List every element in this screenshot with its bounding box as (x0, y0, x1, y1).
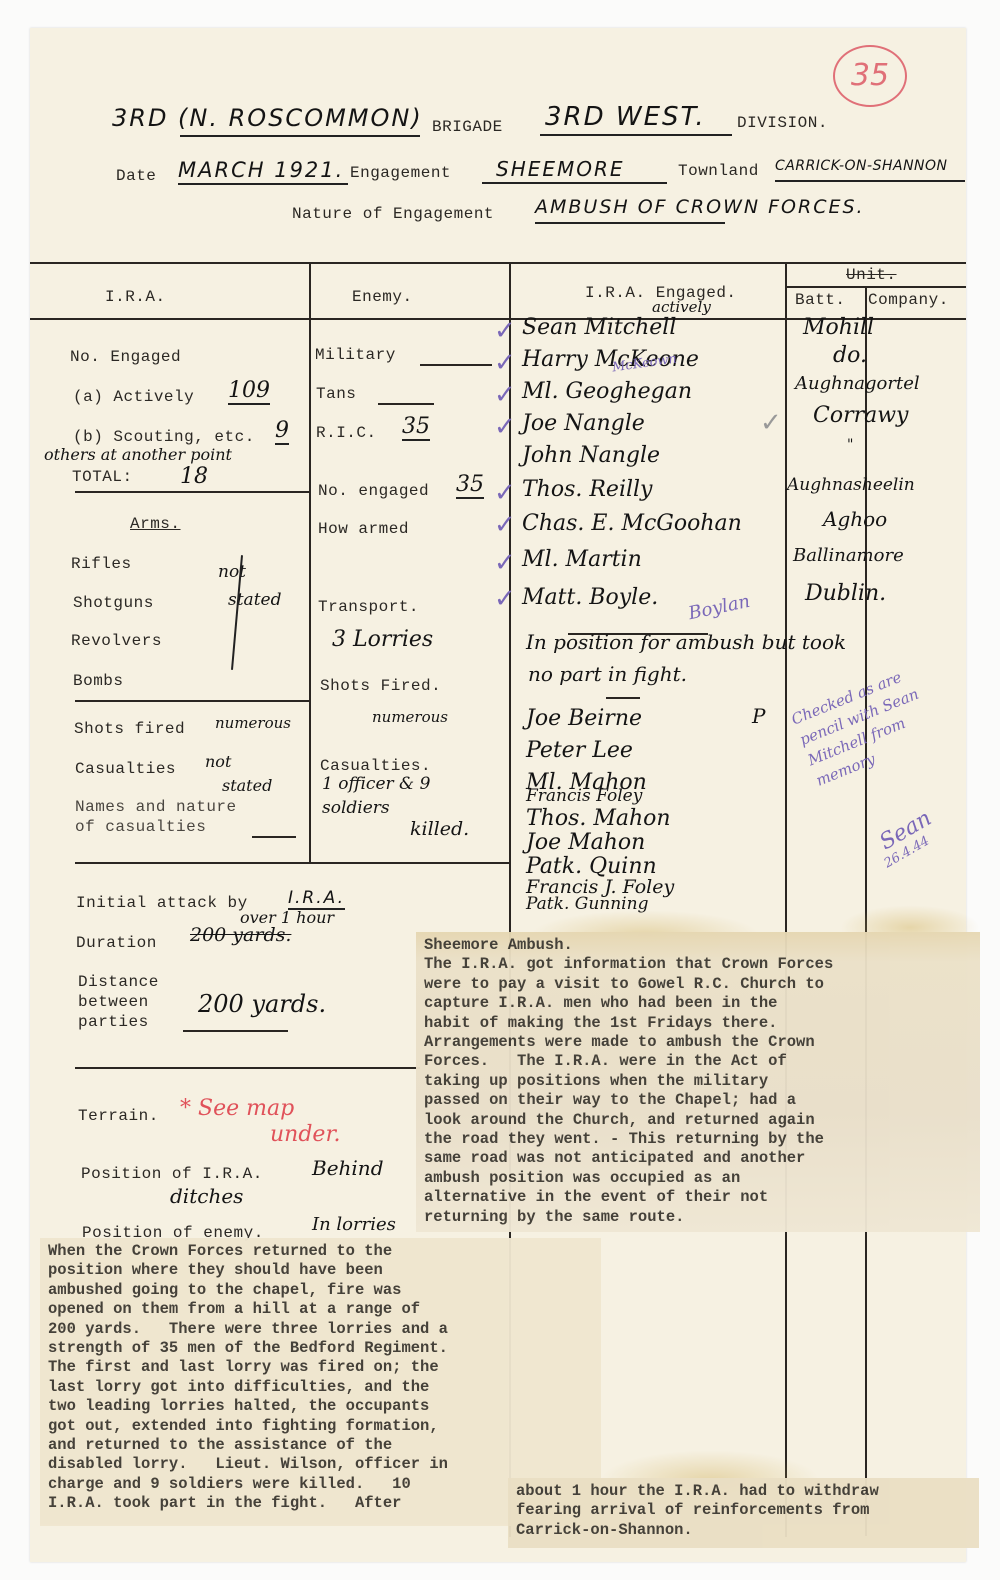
ira-bombs-label: Bombs (73, 672, 124, 690)
initial-attack-value: I.R.A. (288, 888, 345, 910)
ira-actively-label: (a) Actively (73, 388, 194, 406)
check-mark-icon: ✓ (494, 478, 516, 508)
brigade-underline (180, 135, 420, 137)
ira-rifles-label: Rifles (71, 555, 132, 573)
details-rule (75, 1067, 420, 1069)
table-body-rule (75, 862, 510, 864)
no-part-note-1: In position for ambush but took (526, 630, 846, 654)
initial-attack-label: Initial attack by (76, 894, 248, 912)
townland-underline (775, 180, 965, 182)
ira-shotguns-label: Shotguns (73, 594, 154, 612)
distance-label-3: parties (78, 1013, 149, 1031)
col-divider-engaged-batt (785, 262, 787, 1537)
duration-label: Duration (76, 934, 157, 952)
enemy-shots-fired-label: Shots Fired. (320, 677, 441, 695)
enemy-no-engaged-value: 35 (456, 472, 484, 499)
ira-scouting-note: others at another point (44, 445, 232, 464)
townland-label: Townland (678, 162, 759, 180)
position-ira-label: Position of I.R.A. (81, 1165, 263, 1183)
unit-subheader-rule (786, 286, 966, 288)
enemy-tans-label: Tans (316, 385, 356, 403)
distance-label-1: Distance (78, 973, 159, 991)
nature-underline (535, 222, 725, 224)
ira-total-value: 18 (180, 464, 208, 489)
enemy-tans-blank (378, 403, 434, 405)
no-part-name: Joe Beirne (526, 706, 642, 731)
division-value: 3RD WEST. (545, 102, 706, 132)
batt-entry: do. (833, 343, 867, 368)
ira-actively-value: 109 (228, 378, 270, 405)
ira-names-label-1: Names and nature (75, 798, 237, 816)
distance-underline (183, 1030, 288, 1032)
distance-label-2: between (78, 993, 149, 1011)
enemy-ric-value: 35 (402, 414, 430, 441)
ira-scouting-value: 9 (275, 418, 289, 445)
batt-entry: Aughnagortel (795, 373, 920, 394)
enemy-casualties-value-1: 1 officer & 9 (322, 774, 430, 794)
page-number-stamp: 35 (833, 45, 907, 107)
check-mark-icon: ✓ (494, 584, 516, 614)
check-mark-icon: ✓ (494, 348, 516, 378)
table-top-rule (30, 262, 966, 264)
ira-arms-rule (75, 700, 309, 702)
distance-value: 200 yards. (198, 990, 326, 1018)
typed-slip-sheemore-ambush: Sheemore Ambush. The I.R.A. got informat… (416, 932, 980, 1232)
p-mark: P (752, 704, 765, 728)
division-label: DIVISION. (737, 114, 828, 132)
ira-arms-note-1: not (218, 562, 246, 582)
terrain-label: Terrain. (78, 1107, 159, 1125)
enemy-no-engaged-label: No. engaged (318, 482, 429, 500)
batt-entry: Ballinamore (793, 545, 904, 566)
check-mark-icon: ✓ (494, 316, 516, 346)
enemy-ric-label: R.I.C. (316, 424, 377, 442)
no-part-name: Thos. Mahon (526, 806, 671, 831)
ira-casualties-value-2: stated (222, 776, 272, 795)
ira-names-blank (252, 836, 296, 838)
batt-entry: " (847, 437, 853, 453)
typed-slip-withdrawal: about 1 hour the I.R.A. had to withdraw … (508, 1478, 979, 1548)
townland-value: CARRICK-ON-SHANNON (775, 158, 948, 174)
check-mark-icon: ✓ (494, 510, 516, 540)
date-label: Date (116, 167, 156, 185)
enemy-how-armed-label: How armed (318, 520, 409, 538)
engaged-name: Joe Nangle (522, 411, 645, 436)
enemy-military-label: Military (315, 346, 396, 364)
engaged-name: Chas. E. McGoohan (522, 511, 742, 536)
ira-names-label-2: of casualties (75, 818, 206, 836)
duration-value: over 1 hour (240, 908, 334, 927)
ira-shots-fired-value: numerous (215, 714, 291, 732)
enemy-casualties-value-2: soldiers (322, 798, 390, 818)
ira-total-label: TOTAL: (72, 468, 133, 486)
ira-shots-fired-label: Shots fired (74, 720, 185, 738)
no-part-note-2: no part in fight. (528, 662, 687, 686)
batt-entry: Dublin. (805, 581, 886, 606)
engagement-underline (482, 182, 667, 184)
terrain-value-2: under. (270, 1122, 341, 1147)
engagement-label: Engagement (350, 164, 451, 182)
check-mark-icon: ✓ (494, 380, 516, 410)
division-underline (540, 134, 732, 136)
header-batt: Batt. (795, 291, 846, 309)
position-ira-value-1: Behind (312, 1156, 384, 1180)
batt-entry: Mohill (803, 315, 874, 340)
engaged-name: Ml. Geoghegan (522, 379, 692, 404)
ira-arms-label: Arms. (130, 515, 181, 533)
header-company: Company. (868, 291, 949, 309)
ira-casualties-label: Casualties (75, 760, 176, 778)
engaged-name: John Nangle (522, 443, 660, 468)
nature-value: AMBUSH OF CROWN FORCES. (535, 196, 865, 218)
header-unit: Unit. (846, 266, 897, 284)
check-mark-icon: ✓ (760, 408, 782, 438)
ira-total-rule (75, 491, 309, 493)
nature-label: Nature of Engagement (292, 205, 494, 223)
batt-entry: Aghoo (823, 507, 887, 531)
ira-scouting-label: (b) Scouting, etc. (73, 428, 255, 446)
list-separator (606, 697, 640, 699)
batt-entry: Aughnasheelin (787, 475, 915, 495)
brigade-label: BRIGADE (432, 118, 503, 136)
header-ira: I.R.A. (105, 288, 166, 306)
header-ira-engaged-note: actively (652, 298, 711, 316)
col-divider-ira-enemy (309, 262, 311, 862)
engagement-value: SHEEMORE (496, 157, 625, 181)
enemy-shots-fired-value: numerous (372, 708, 448, 726)
position-ira-value-2: ditches (170, 1184, 243, 1208)
header-enemy: Enemy. (352, 288, 413, 306)
enemy-casualties-value-3: killed. (410, 818, 469, 840)
terrain-value-1: * See map (180, 1096, 294, 1121)
date-underline (178, 183, 348, 185)
date-value: MARCH 1921. (178, 158, 344, 182)
engaged-name: Matt. Boyle. (522, 585, 658, 610)
check-mark-icon: ✓ (494, 412, 516, 442)
no-part-name: Joe Mahon (526, 830, 645, 855)
ira-no-engaged-label: No. Engaged (70, 348, 181, 366)
ira-revolvers-label: Revolvers (71, 632, 162, 650)
brigade-value: 3RD (N. ROSCOMMON) (112, 104, 423, 132)
no-part-name: Peter Lee (526, 738, 633, 763)
enemy-transport-label: Transport. (318, 598, 419, 616)
check-mark-icon: ✓ (494, 548, 516, 578)
enemy-transport-value: 3 Lorries (332, 627, 433, 652)
engaged-name: Ml. Martin (522, 547, 642, 572)
position-enemy-value: In lorries (312, 1214, 396, 1235)
no-part-name: Francis Foley (526, 786, 642, 806)
duration-struck-value: 200 yards. (190, 924, 291, 946)
enemy-casualties-label: Casualties. (320, 757, 431, 775)
engaged-name: Thos. Reilly (522, 477, 653, 502)
batt-entry: Corrawy (813, 403, 909, 428)
enemy-military-blank (420, 364, 492, 366)
engaged-name: Sean Mitchell (522, 315, 676, 340)
ira-casualties-value-1: not (205, 752, 231, 771)
